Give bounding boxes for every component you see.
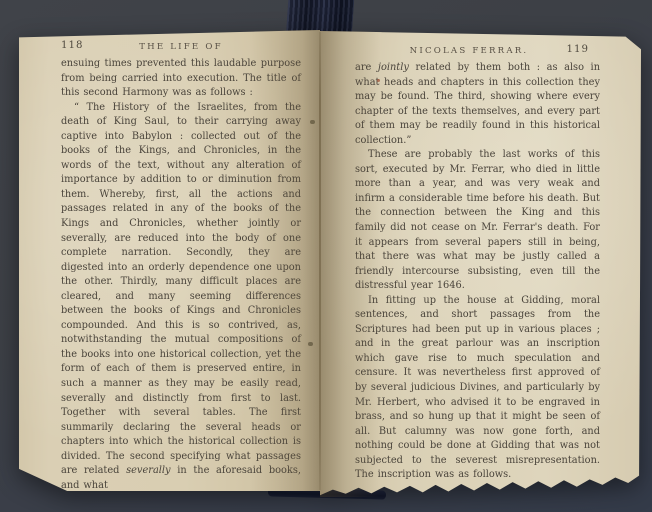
page-speck [377, 79, 380, 82]
page-text-right: are jointly related by them both : as al… [355, 61, 600, 483]
text-segment: “ The History of the Israelites, from th… [61, 102, 301, 477]
photo-background: 118 THE LIFE OF ensuing times prevented … [0, 0, 652, 512]
paragraph: ensuing times prevented this laudable pu… [61, 57, 301, 101]
book-page-left: 118 THE LIFE OF ensuing times prevented … [19, 30, 320, 491]
italic-text-segment: jointly [378, 62, 409, 73]
open-book: 118 THE LIFE OF ensuing times prevented … [0, 0, 652, 512]
book-page-right: 119 NICOLAS FERRAR. are jointly related … [320, 31, 641, 498]
paragraph: These are probably the last works of thi… [355, 148, 600, 293]
text-segment: ensuing times prevented this laudable pu… [61, 58, 301, 98]
stitch-mark [310, 120, 315, 124]
paragraph: are jointly related by them both : as al… [355, 61, 600, 148]
page-text-left: ensuing times prevented this laudable pu… [61, 57, 301, 493]
italic-text-segment: severally [126, 465, 170, 476]
text-segment: are [355, 62, 378, 73]
stitch-mark [308, 342, 313, 346]
running-header-left: THE LIFE OF [61, 42, 301, 52]
book-gutter [319, 32, 321, 490]
text-segment: These are probably the last works of thi… [355, 149, 600, 291]
page-left-inner: 118 THE LIFE OF ensuing times prevented … [19, 30, 320, 491]
running-header-right: NICOLAS FERRAR. [355, 46, 583, 56]
paragraph: In fitting up the house at Gidding, mora… [355, 294, 600, 483]
page-right-inner: 119 NICOLAS FERRAR. are jointly related … [320, 31, 641, 498]
text-segment: In fitting up the house at Gidding, mora… [355, 295, 600, 481]
text-segment: related by them both : as also in what h… [355, 62, 600, 146]
paragraph: “ The History of the Israelites, from th… [61, 101, 301, 494]
